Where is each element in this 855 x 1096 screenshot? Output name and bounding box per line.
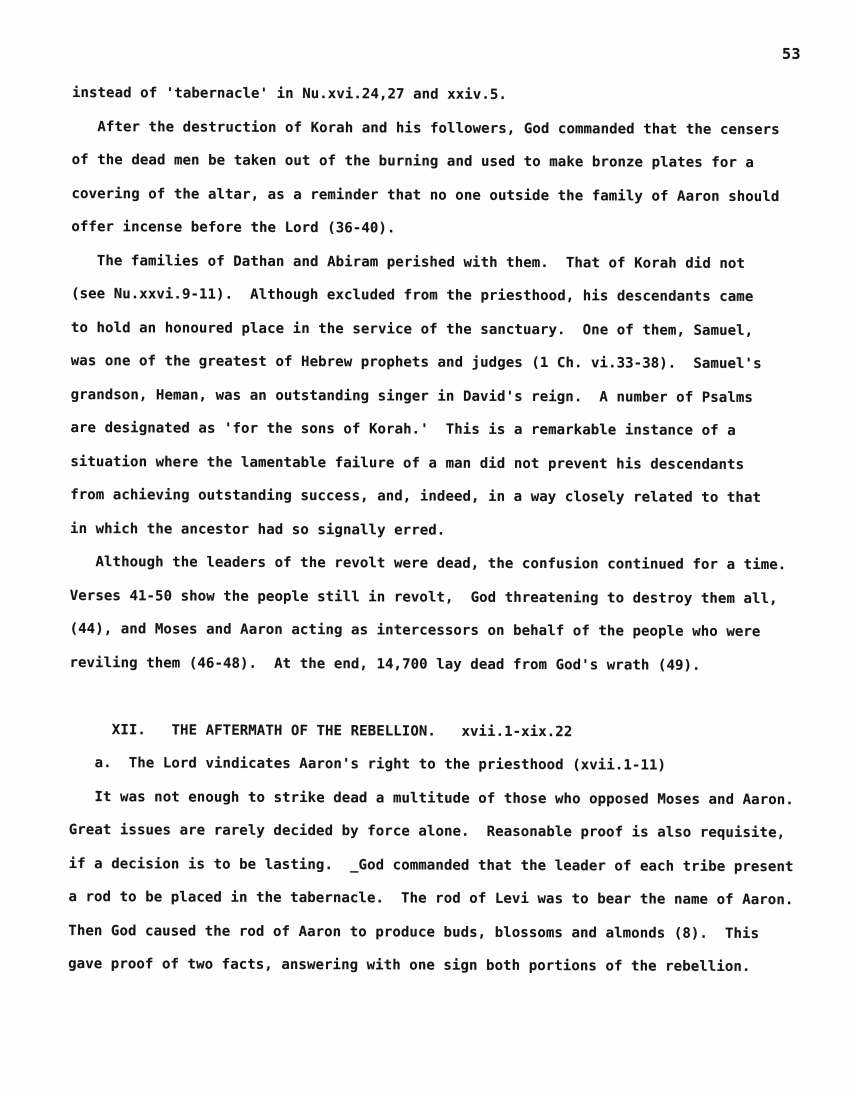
text-line: instead of 'tabernacle' in Nu.xvi.24,27 … xyxy=(72,85,832,122)
text-line: if a decision is to be lasting. _God com… xyxy=(68,855,828,892)
text-line: XII. THE AFTERMATH OF THE REBELLION. xvi… xyxy=(69,721,829,758)
text-line: offer incense before the Lord (36-40). xyxy=(71,219,831,256)
text-line: reviling them (46-48). At the end, 14,70… xyxy=(69,654,829,691)
scanned-document-page: 53 instead of 'tabernacle' in Nu.xvi.24,… xyxy=(0,0,855,1096)
text-line: a. The Lord vindicates Aaron's right to … xyxy=(69,755,829,792)
text-line: grandson, Heman, was an outstanding sing… xyxy=(71,386,831,423)
text-line: in which the ancestor had so signally er… xyxy=(70,520,830,557)
text-line: It was not enough to strike dead a multi… xyxy=(69,788,829,825)
text-line: After the destruction of Korah and his f… xyxy=(72,118,832,155)
text-line: was one of the greatest of Hebrew prophe… xyxy=(71,353,831,390)
text-line: of the dead men be taken out of the burn… xyxy=(72,152,832,189)
text-line xyxy=(69,688,829,725)
text-line: The families of Dathan and Abiram perish… xyxy=(71,252,831,289)
text-line: from achieving outstanding success, and,… xyxy=(70,487,830,524)
text-line: (see Nu.xxvi.9-11). Although excluded fr… xyxy=(71,286,831,323)
text-line: gave proof of two facts, answering with … xyxy=(68,956,828,993)
text-line: situation where the lamentable failure o… xyxy=(70,453,830,490)
page-number: 53 xyxy=(782,45,801,63)
text-line: to hold an honoured place in the service… xyxy=(71,319,831,356)
text-line: Verses 41-50 show the people still in re… xyxy=(70,587,830,624)
page-body: instead of 'tabernacle' in Nu.xvi.24,27 … xyxy=(68,85,832,993)
text-line: Then God caused the rod of Aaron to prod… xyxy=(68,922,828,959)
text-line: (44), and Moses and Aaron acting as inte… xyxy=(70,621,830,658)
text-line: Although the leaders of the revolt were … xyxy=(70,554,830,591)
text-line: covering of the altar, as a reminder tha… xyxy=(71,185,831,222)
text-line: Great issues are rarely decided by force… xyxy=(69,822,829,859)
text-line: a rod to be placed in the tabernacle. Th… xyxy=(68,889,828,926)
text-line: are designated as 'for the sons of Korah… xyxy=(70,420,830,457)
